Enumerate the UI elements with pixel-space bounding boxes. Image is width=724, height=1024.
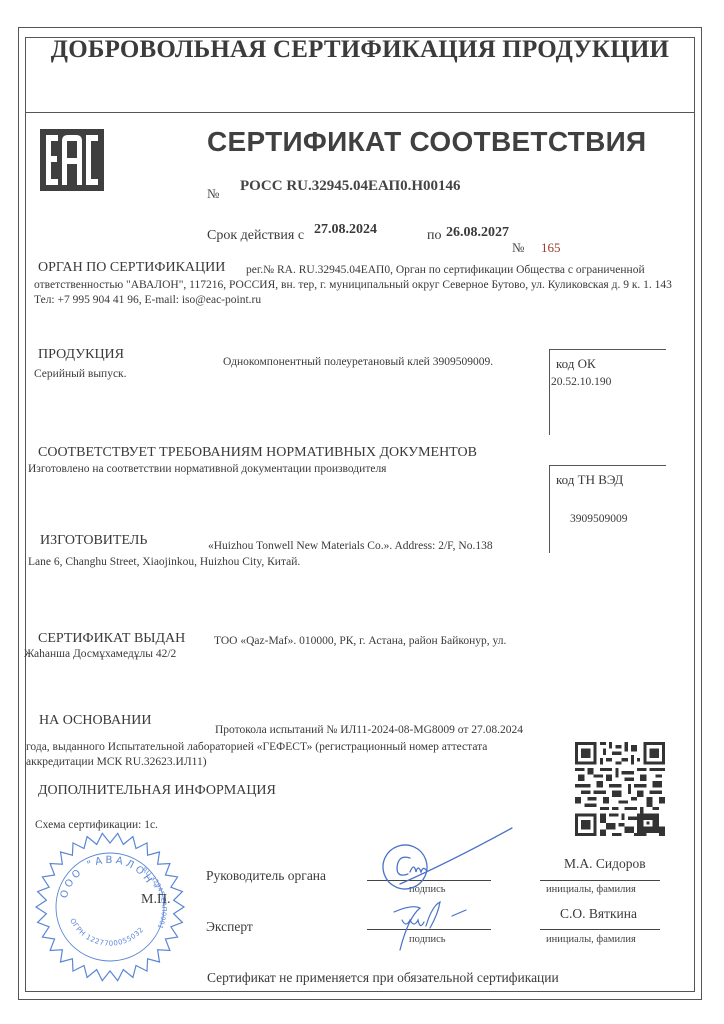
additional-info-heading: ДОПОЛНИТЕЛЬНАЯ ИНФОРМАЦИЯ xyxy=(38,783,276,799)
tn-ved-code-label: код ТН ВЭД xyxy=(556,472,623,488)
number-sign: № xyxy=(207,186,219,202)
header-divider xyxy=(25,112,695,113)
release-type: Серийный выпуск. xyxy=(34,367,127,382)
ok-code-label: код ОК xyxy=(556,356,596,372)
ok-code-box: код ОК 20.52.10.190 xyxy=(549,349,666,435)
product-heading: ПРОДУКЦИЯ xyxy=(38,347,124,363)
head-role-label: Руководитель органа xyxy=(206,868,326,884)
valid-to-label: по xyxy=(427,228,442,244)
eac-mark-icon xyxy=(40,129,104,191)
manufacturer-line-1: «Huizhou Tonwell New Materials Co.». Add… xyxy=(208,539,493,554)
basis-line-1: Протокола испытаний № ИЛ11-2024-08-MG800… xyxy=(215,723,523,738)
tn-ved-code-value: 3909509009 xyxy=(570,513,628,525)
manufacturer-line-2: Lane 6, Changhu Street, Xiaojinkou, Huiz… xyxy=(28,555,300,570)
seal-place-label: М.П. xyxy=(141,892,171,908)
valid-to-date: 26.08.2027 xyxy=(446,225,509,241)
expert-role-label: Эксперт xyxy=(206,919,253,935)
certificate-number: РОСС RU.32945.04ЕАП0.Н00146 xyxy=(240,178,461,195)
expert-signature-icon xyxy=(380,898,490,958)
issued-to-line-2: Жаһанша Досмұхамедұлы 42/2 xyxy=(24,647,176,662)
blank-number-sign: № xyxy=(512,240,524,256)
basis-heading: НА ОСНОВАНИИ xyxy=(39,713,151,729)
svg-text:ОГРН 1227700055032: ОГРН 1227700055032 xyxy=(68,917,145,948)
head-signature-icon xyxy=(370,822,520,902)
footer-note: Сертификат не применяется при обязательн… xyxy=(207,970,559,986)
head-name-caption: инициалы, фамилия xyxy=(546,884,636,895)
issued-to-line-1: ТОО «Qaz-Maf». 010000, РК, г. Астана, ра… xyxy=(214,634,506,649)
ok-code-value: 20.52.10.190 xyxy=(551,376,611,388)
expert-name: С.О. Вяткина xyxy=(560,906,637,922)
expert-name-caption: инициалы, фамилия xyxy=(546,934,636,945)
head-name-line xyxy=(540,880,660,881)
qr-code-icon[interactable] xyxy=(575,742,665,836)
tn-ved-code-box: код ТН ВЭД 3909509009 xyxy=(549,465,666,553)
product-description: Однокомпонентный полеуретановый клей 390… xyxy=(223,355,493,370)
basis-line-2: года, выданного Испытательной лаборатори… xyxy=(26,740,546,770)
conformity-text: Изготовлено на соответствии нормативной … xyxy=(28,462,386,477)
blank-number: 165 xyxy=(541,240,561,256)
manufacturer-heading: ИЗГОТОВИТЕЛЬ xyxy=(40,533,147,549)
certificate-title: СЕРТИФИКАТ СООТВЕТСТВИЯ xyxy=(207,126,646,158)
validity-label: Срок действия с xyxy=(207,228,304,244)
stamp-ring-bottom: ОГРН 1227700055032 xyxy=(68,917,145,948)
head-name: М.А. Сидоров xyxy=(564,856,646,872)
certification-body-details: рег.№ RA. RU.32945.04ЕАП0, Орган по серт… xyxy=(34,264,672,306)
conformity-heading: СООТВЕТСТВУЕТ ТРЕБОВАНИЯМ НОРМАТИВНЫХ ДО… xyxy=(38,445,477,461)
expert-name-line xyxy=(540,929,660,930)
valid-from-date: 27.08.2024 xyxy=(314,222,377,238)
certification-body-text: рег.№ RA. RU.32945.04ЕАП0, Орган по серт… xyxy=(34,263,674,308)
voluntary-certification-title: ДОБРОВОЛЬНАЯ СЕРТИФИКАЦИЯ ПРОДУКЦИИ xyxy=(25,36,695,64)
issued-to-heading: СЕРТИФИКАТ ВЫДАН xyxy=(38,631,185,647)
